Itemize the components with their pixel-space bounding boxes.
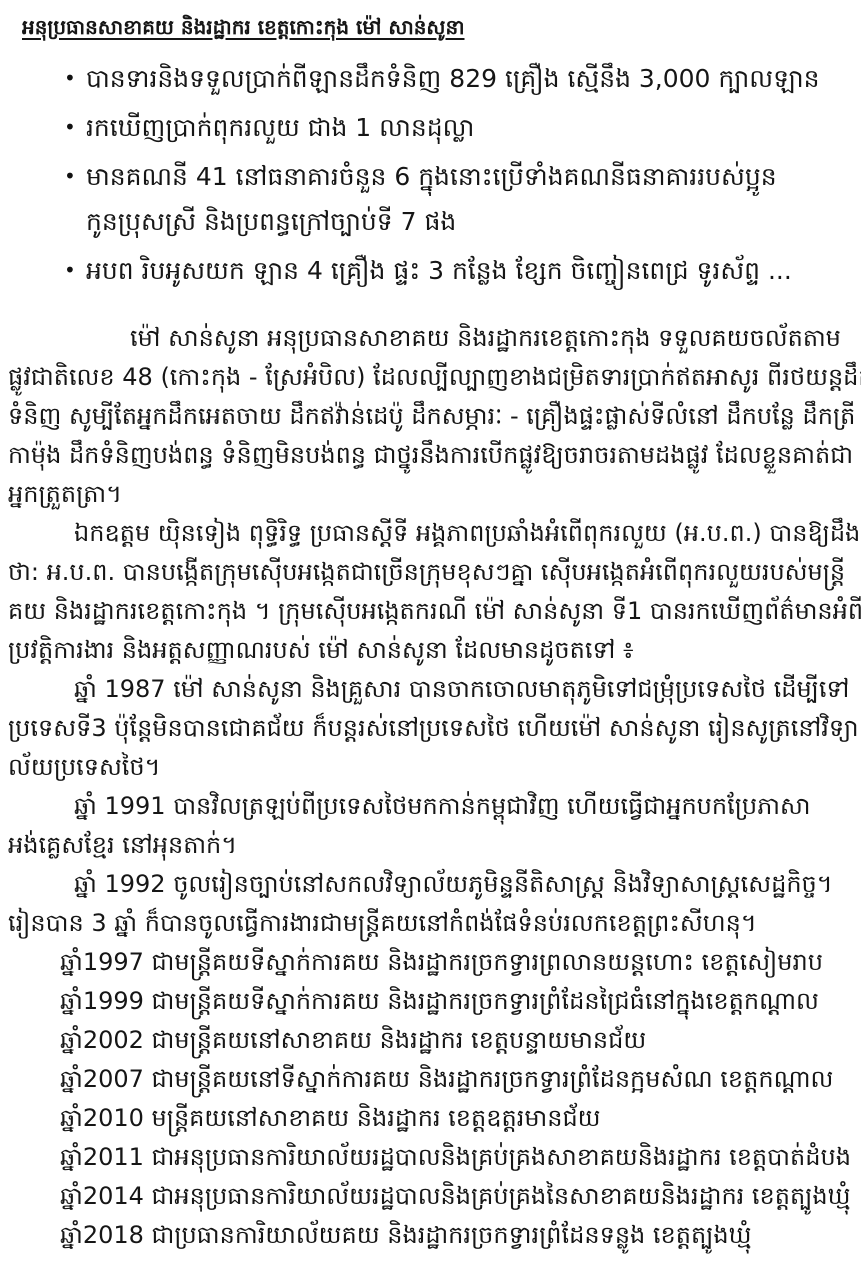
text-line: ល័យប្រទេសថៃ។ <box>8 748 853 787</box>
text-line: អ្នកត្រួតត្រា។ <box>8 475 853 514</box>
text-line: មានគណនី 41 នៅធនាគារចំនួន 6 ក្នុងនោះប្រើទ… <box>86 154 853 199</box>
timeline-entry-2014: ឆ្នាំ2014 ជាអនុប្រធានការិយាល័យរដ្ឋបាលនិង… <box>60 1177 853 1216</box>
paragraph-intro: ម៉ៅ សាន់សូនា អនុប្រធានសាខាគយ និងរដ្ឋាករខ… <box>8 319 853 514</box>
list-item: • បានទារនិងទទួលប្រាក់ពីឡានដឹកទំនិញ 829 គ… <box>8 56 853 101</box>
bullet-icon: • <box>64 105 86 150</box>
text-line: រៀនបាន 3 ឆ្នាំ ក៏បានចូលធ្វើការងារជាមន្ត្… <box>8 904 853 943</box>
summary-bullet-list: • បានទារនិងទទួលប្រាក់ពីឡានដឹកទំនិញ 829 គ… <box>8 56 853 293</box>
text-line: ឯកឧត្តម យុិនទៀង ពុទ្ធិរិទ្ធ ប្រធានស្តីទី… <box>8 514 853 553</box>
bullet-text: មានគណនី 41 នៅធនាគារចំនួន 6 ក្នុងនោះប្រើទ… <box>86 154 853 244</box>
text-line: ប្រទេសទី3 ប៉ុន្តែមិនបានជោគជ័យ ក៏បន្តរស់ន… <box>8 709 853 748</box>
bullet-text: បានទារនិងទទួលប្រាក់ពីឡានដឹកទំនិញ 829 គ្រ… <box>86 56 853 101</box>
text-line: ផ្លូវជាតិលេខ 48 (កោះកុង - ស្រែអំបិល) ដែល… <box>8 358 853 397</box>
bullet-text: អបព រិបអូសយក ឡាន 4 គ្រឿង ផ្ទះ 3 កន្លែង ខ… <box>86 248 853 293</box>
text-line: គយ និងរដ្ឋាករខេត្តកោះកុង ។ ក្រុមស៊ើបអង្ក… <box>8 592 853 631</box>
bullet-icon: • <box>64 154 86 199</box>
timeline-entry-1999: ឆ្នាំ1999 ជាមន្ត្រីគយទីស្នាក់ការគយ និងរដ… <box>60 982 853 1021</box>
list-item: • រកឃើញប្រាក់ពុករលួយ ជាង 1 លានដុល្លា <box>8 105 853 150</box>
text-line: ឆ្នាំ 1992 ចូលរៀនច្បាប់នៅសកលវិទ្យាល័យភូម… <box>8 865 853 904</box>
bullet-text: រកឃើញប្រាក់ពុករលួយ ជាង 1 លានដុល្លា <box>86 105 853 150</box>
document-page: អនុប្រធានសាខាគយ និងរដ្ឋាករ ខេត្តកោះកុង ម… <box>0 0 861 1280</box>
paragraph-year-1987: ឆ្នាំ 1987 ម៉ៅ សាន់សូនា និងគ្រួសារ បានចា… <box>8 670 853 787</box>
text-line: អង់គ្លេសខ្មែរ នៅអុនតាក់។ <box>8 826 853 865</box>
text-line: ឆ្នាំ 1987 ម៉ៅ សាន់សូនា និងគ្រួសារ បានចា… <box>8 670 853 709</box>
timeline-entry-2010: ឆ្នាំ2010 មន្ត្រីគយនៅសាខាគយ និងរដ្ឋាករ ខ… <box>60 1099 853 1138</box>
text-line: កូនប្រុសស្រី និងប្រពន្ធក្រៅច្បាប់ទី 7 ផង <box>86 199 853 244</box>
text-line: ទំនិញ សូម្បីតែអ្នកដឹកអេតចាយ ដឹកឥវ៉ាន់ដេប… <box>8 397 853 436</box>
page-title: អនុប្រធានសាខាគយ និងរដ្ឋាករ ខេត្តកោះកុង ម… <box>22 12 853 42</box>
bullet-icon: • <box>64 248 86 293</box>
timeline-entry-2018: ឆ្នាំ2018 ជាប្រធានការិយាល័យគយ និងរដ្ឋាករ… <box>60 1216 853 1255</box>
text-line: ម៉ៅ សាន់សូនា អនុប្រធានសាខាគយ និងរដ្ឋាករខ… <box>8 319 853 358</box>
paragraph-year-1991: ឆ្នាំ 1991 បានវិលត្រឡប់ពីប្រទេសថៃមកកាន់ក… <box>8 787 853 865</box>
text-line: ឆ្នាំ 1991 បានវិលត្រឡប់ពីប្រទេសថៃមកកាន់ក… <box>8 787 853 826</box>
career-timeline: ឆ្នាំ1997 ជាមន្ត្រីគយទីស្នាក់ការគយ និងរដ… <box>8 943 853 1255</box>
timeline-entry-2011: ឆ្នាំ2011 ជាអនុប្រធានការិយាល័យរដ្ឋបាលនិង… <box>60 1138 853 1177</box>
timeline-entry-2002: ឆ្នាំ2002 ជាមន្ត្រីគយនៅសាខាគយ និងរដ្ឋាករ… <box>60 1021 853 1060</box>
list-item: • អបព រិបអូសយក ឡាន 4 គ្រឿង ផ្ទះ 3 កន្លែង… <box>8 248 853 293</box>
timeline-entry-2007: ឆ្នាំ2007 ជាមន្ត្រីគយនៅទីស្នាក់ការគយ និង… <box>60 1060 853 1099</box>
article-body: ម៉ៅ សាន់សូនា អនុប្រធានសាខាគយ និងរដ្ឋាករខ… <box>8 319 853 1255</box>
text-line: បានទារនិងទទួលប្រាក់ពីឡានដឹកទំនិញ 829 គ្រ… <box>86 56 853 101</box>
list-item: • មានគណនី 41 នៅធនាគារចំនួន 6 ក្នុងនោះប្រ… <box>8 154 853 244</box>
timeline-entry-1997: ឆ្នាំ1997 ជាមន្ត្រីគយទីស្នាក់ការគយ និងរដ… <box>60 943 853 982</box>
paragraph-acu-statement: ឯកឧត្តម យុិនទៀង ពុទ្ធិរិទ្ធ ប្រធានស្តីទី… <box>8 514 853 670</box>
text-line: ថា: អ.ប.ព. បានបង្កើតក្រុមស៊ើបអង្កេតជាច្រ… <box>8 553 853 592</box>
bullet-icon: • <box>64 56 86 101</box>
text-line: កាម៉ុង ដឹកទំនិញបង់ពន្ធ ទំនិញមិនបង់ពន្ធ ជ… <box>8 436 853 475</box>
text-line: អបព រិបអូសយក ឡាន 4 គ្រឿង ផ្ទះ 3 កន្លែង ខ… <box>86 248 853 293</box>
paragraph-year-1992: ឆ្នាំ 1992 ចូលរៀនច្បាប់នៅសកលវិទ្យាល័យភូម… <box>8 865 853 943</box>
text-line: ប្រវត្តិការងារ និងអត្តសញ្ញាណរបស់ ម៉ៅ សាន… <box>8 631 853 670</box>
text-line: រកឃើញប្រាក់ពុករលួយ ជាង 1 លានដុល្លា <box>86 105 853 150</box>
